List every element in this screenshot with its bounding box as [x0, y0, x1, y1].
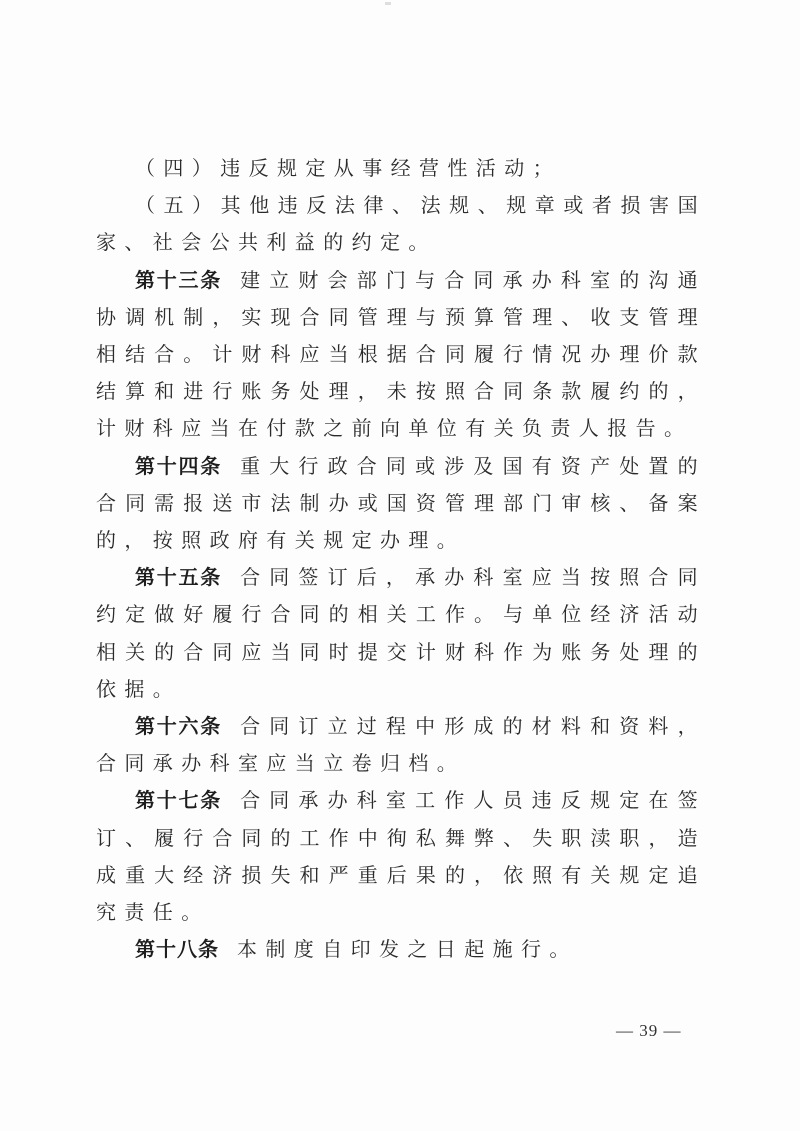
- article-17: 第十七条合同承办科室工作人员违反规定在签订、履行合同的工作中徇私舞弊、失职渎职，…: [96, 782, 706, 931]
- article-number: 第十七条: [135, 788, 222, 812]
- article-18: 第十八条本制度自印发之日起施行。: [96, 931, 706, 968]
- article-number: 第十八条: [135, 937, 219, 961]
- scan-artifact: [385, 2, 391, 5]
- article-16: 第十六条合同订立过程中形成的材料和资料，合同承办科室应当立卷归档。: [96, 708, 706, 782]
- clause-item-4: （四）违反规定从事经营性活动；: [96, 150, 706, 187]
- article-text: 建立财会部门与合同承办科室的沟通协调机制，实现合同管理与预算管理、收支管理相结合…: [96, 268, 706, 441]
- article-text: 本制度自印发之日起施行。: [237, 937, 578, 961]
- article-number: 第十五条: [135, 565, 222, 589]
- article-number: 第十三条: [135, 268, 222, 292]
- article-13: 第十三条建立财会部门与合同承办科室的沟通协调机制，实现合同管理与预算管理、收支管…: [96, 262, 706, 448]
- document-body: （四）违反规定从事经营性活动； （五）其他违反法律、法规、规章或者损害国家、社会…: [96, 150, 706, 968]
- article-number: 第十六条: [135, 714, 222, 738]
- article-number: 第十四条: [135, 454, 222, 478]
- document-page: （四）违反规定从事经营性活动； （五）其他违反法律、法规、规章或者损害国家、社会…: [0, 0, 800, 1131]
- article-15: 第十五条合同签订后，承办科室应当按照合同约定做好履行合同的相关工作。与单位经济活…: [96, 559, 706, 708]
- page-number: — 39 —: [616, 1021, 682, 1041]
- clause-text: （五）其他违反法律、法规、规章或者损害国家、社会公共利益的约定。: [96, 193, 706, 254]
- clause-item-5: （五）其他违反法律、法规、规章或者损害国家、社会公共利益的约定。: [96, 187, 706, 261]
- article-14: 第十四条重大行政合同或涉及国有资产处置的合同需报送市法制办或国资管理部门审核、备…: [96, 448, 706, 560]
- clause-text: （四）违反规定从事经营性活动；: [135, 156, 561, 180]
